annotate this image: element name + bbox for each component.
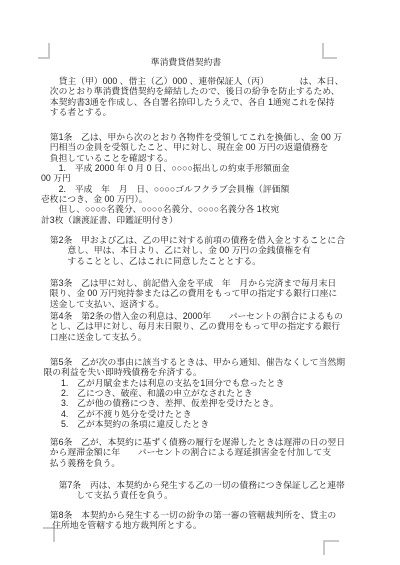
preamble-line: 貸主（甲）000 、借主（乙）000 、連帯保証人（丙） は、本日、: [41, 76, 361, 86]
article-list-item: 3. 乙が他の債務につき、差押、仮差押を受けたとき。: [41, 398, 361, 408]
article-line: 負担していることを確認する。: [41, 153, 361, 163]
article-list-item: 2. 乙につき、破産、和議の申立がなされたとき: [41, 388, 361, 398]
article-line: 第1条 乙は、甲から次のとおり各物件を受領してこれを換価し、金 00 万: [41, 132, 361, 142]
preamble-paragraph: 貸主（甲）000 、借主（乙）000 、連帯保証人（丙） は、本日、 次のとおり…: [41, 76, 361, 117]
article-line: 00 万円: [41, 173, 361, 183]
crop-mark-bottom-right-icon: [323, 540, 339, 555]
article-line: 計3枚（譲渡証書、印鑑証明付き）: [41, 215, 361, 225]
article-line: 払う義務を負う。: [41, 458, 361, 468]
article-line: から遅滞金額に年 パーセントの割合による遅延損害金を付加して支: [41, 447, 361, 457]
article-line: 但し、○○○○名義分、○○○○名義分、○○○○名義分各 1枚宛: [41, 204, 361, 214]
article-7: 第7条 丙は、本契約から発生する乙の一切の債務につき保証し乙と連帯 して支払う責…: [41, 480, 361, 501]
article-line: 第7条 丙は、本契約から発生する乙の一切の債務につき保証し乙と連帯: [41, 480, 361, 490]
article-line: 第5条 乙が次の事由に該当するときは、甲から通知、催告なくして当然期: [41, 357, 361, 367]
article-list-item: 1. 乙が月賦金または利息の支払を1回分でも怠ったとき: [41, 378, 361, 388]
contract-page: 準消費貸借契約書 貸主（甲）000 、借主（乙）000 、連帯保証人（丙） は、…: [0, 0, 400, 565]
article-line: 第4条 第2条の借入金の利息は、2000年 パーセントの割合によるもの: [41, 311, 361, 321]
article-line: することとし、乙はこれに同意したこととする。: [41, 256, 361, 266]
article-line: 第8条 本契約から発生する一切の紛争の第一審の管轄裁判所を、貸主の: [41, 510, 361, 520]
article-line: 送金して支払い、返済する。: [41, 299, 361, 309]
article-5: 第5条 乙が次の事由に該当するときは、甲から通知、催告なくして当然期 限の利益を…: [41, 357, 361, 429]
article-3: 第3条 乙は甲に対し、前記借入金を平成 年 月から完済まで毎月末日 限り、金 0…: [41, 278, 361, 309]
preamble-line: する者とする。: [41, 107, 361, 117]
article-line: 意し、甲は、本日より、乙に対し、金 00 万円の金銭債権を有: [41, 245, 361, 255]
article-line: 第6条 乙が、本契約に基ずく債務の履行を遅滞したときは遅滞の日の翌日: [41, 437, 361, 447]
article-list-item: 5. 乙が本契約の条項に違反したとき: [41, 419, 361, 429]
article-line: 口座に送金して支払う。: [41, 332, 361, 342]
article-6: 第6条 乙が、本契約に基ずく債務の履行を遅滞したときは遅滞の日の翌日 から遅滞金…: [41, 437, 361, 468]
preamble-line: 本契約書3通を作成し、各自署名捺印したうえで、各自 1通宛これを保持: [41, 97, 361, 107]
preamble-line: 次のとおり準消費貸借契約を締結したので、後日の紛争を防止するため、: [41, 86, 361, 96]
article-line: 限り、金 00 万円宛持参または乙の費用をもって甲の指定する銀行口座に: [41, 288, 361, 298]
article-line: 2. 平成 年 月 日、○○○○ゴルフクラブ会員権（評価額: [41, 184, 361, 194]
article-4: 第4条 第2条の借入金の利息は、2000年 パーセントの割合によるもの とし、乙…: [41, 311, 361, 342]
article-line: 住所地を管轄する地方裁判所とする。: [41, 520, 361, 530]
article-2: 第2条 甲および乙は、乙の甲に対する前項の債務を借入金とすることに合 意し、甲は…: [41, 235, 361, 266]
article-1: 第1条 乙は、甲から次のとおり各物件を受領してこれを換価し、金 00 万 円相当…: [41, 132, 361, 225]
article-line: 限の利益を失い即時残債務を弁済する。: [41, 367, 361, 377]
article-line: 1. 平成 2000 年 0 月 0 日、○○○○振出しの約束手形額面金: [41, 163, 361, 173]
article-line: 壱枚につき、金 00 万円）。: [41, 194, 361, 204]
document-title: 準消費貸借契約書: [41, 57, 331, 68]
article-list-item: 4. 乙が不渡り処分を受けたとき: [41, 409, 361, 419]
article-line: して支払う責任を負う。: [41, 490, 361, 500]
article-line: とし、乙は甲に対し、毎月末日限り、乙の費用をもって甲の指定する銀行: [41, 321, 361, 331]
article-line: 第3条 乙は甲に対し、前記借入金を平成 年 月から完済まで毎月末日: [41, 278, 361, 288]
article-line: 第2条 甲および乙は、乙の甲に対する前項の債務を借入金とすることに合: [41, 235, 361, 245]
article-line: 円相当の金員を受領したこと、甲に対し、現在金 00 万円の返還債務を: [41, 142, 361, 152]
article-8: 第8条 本契約から発生する一切の紛争の第一審の管轄裁判所を、貸主の 住所地を管轄…: [41, 510, 361, 531]
